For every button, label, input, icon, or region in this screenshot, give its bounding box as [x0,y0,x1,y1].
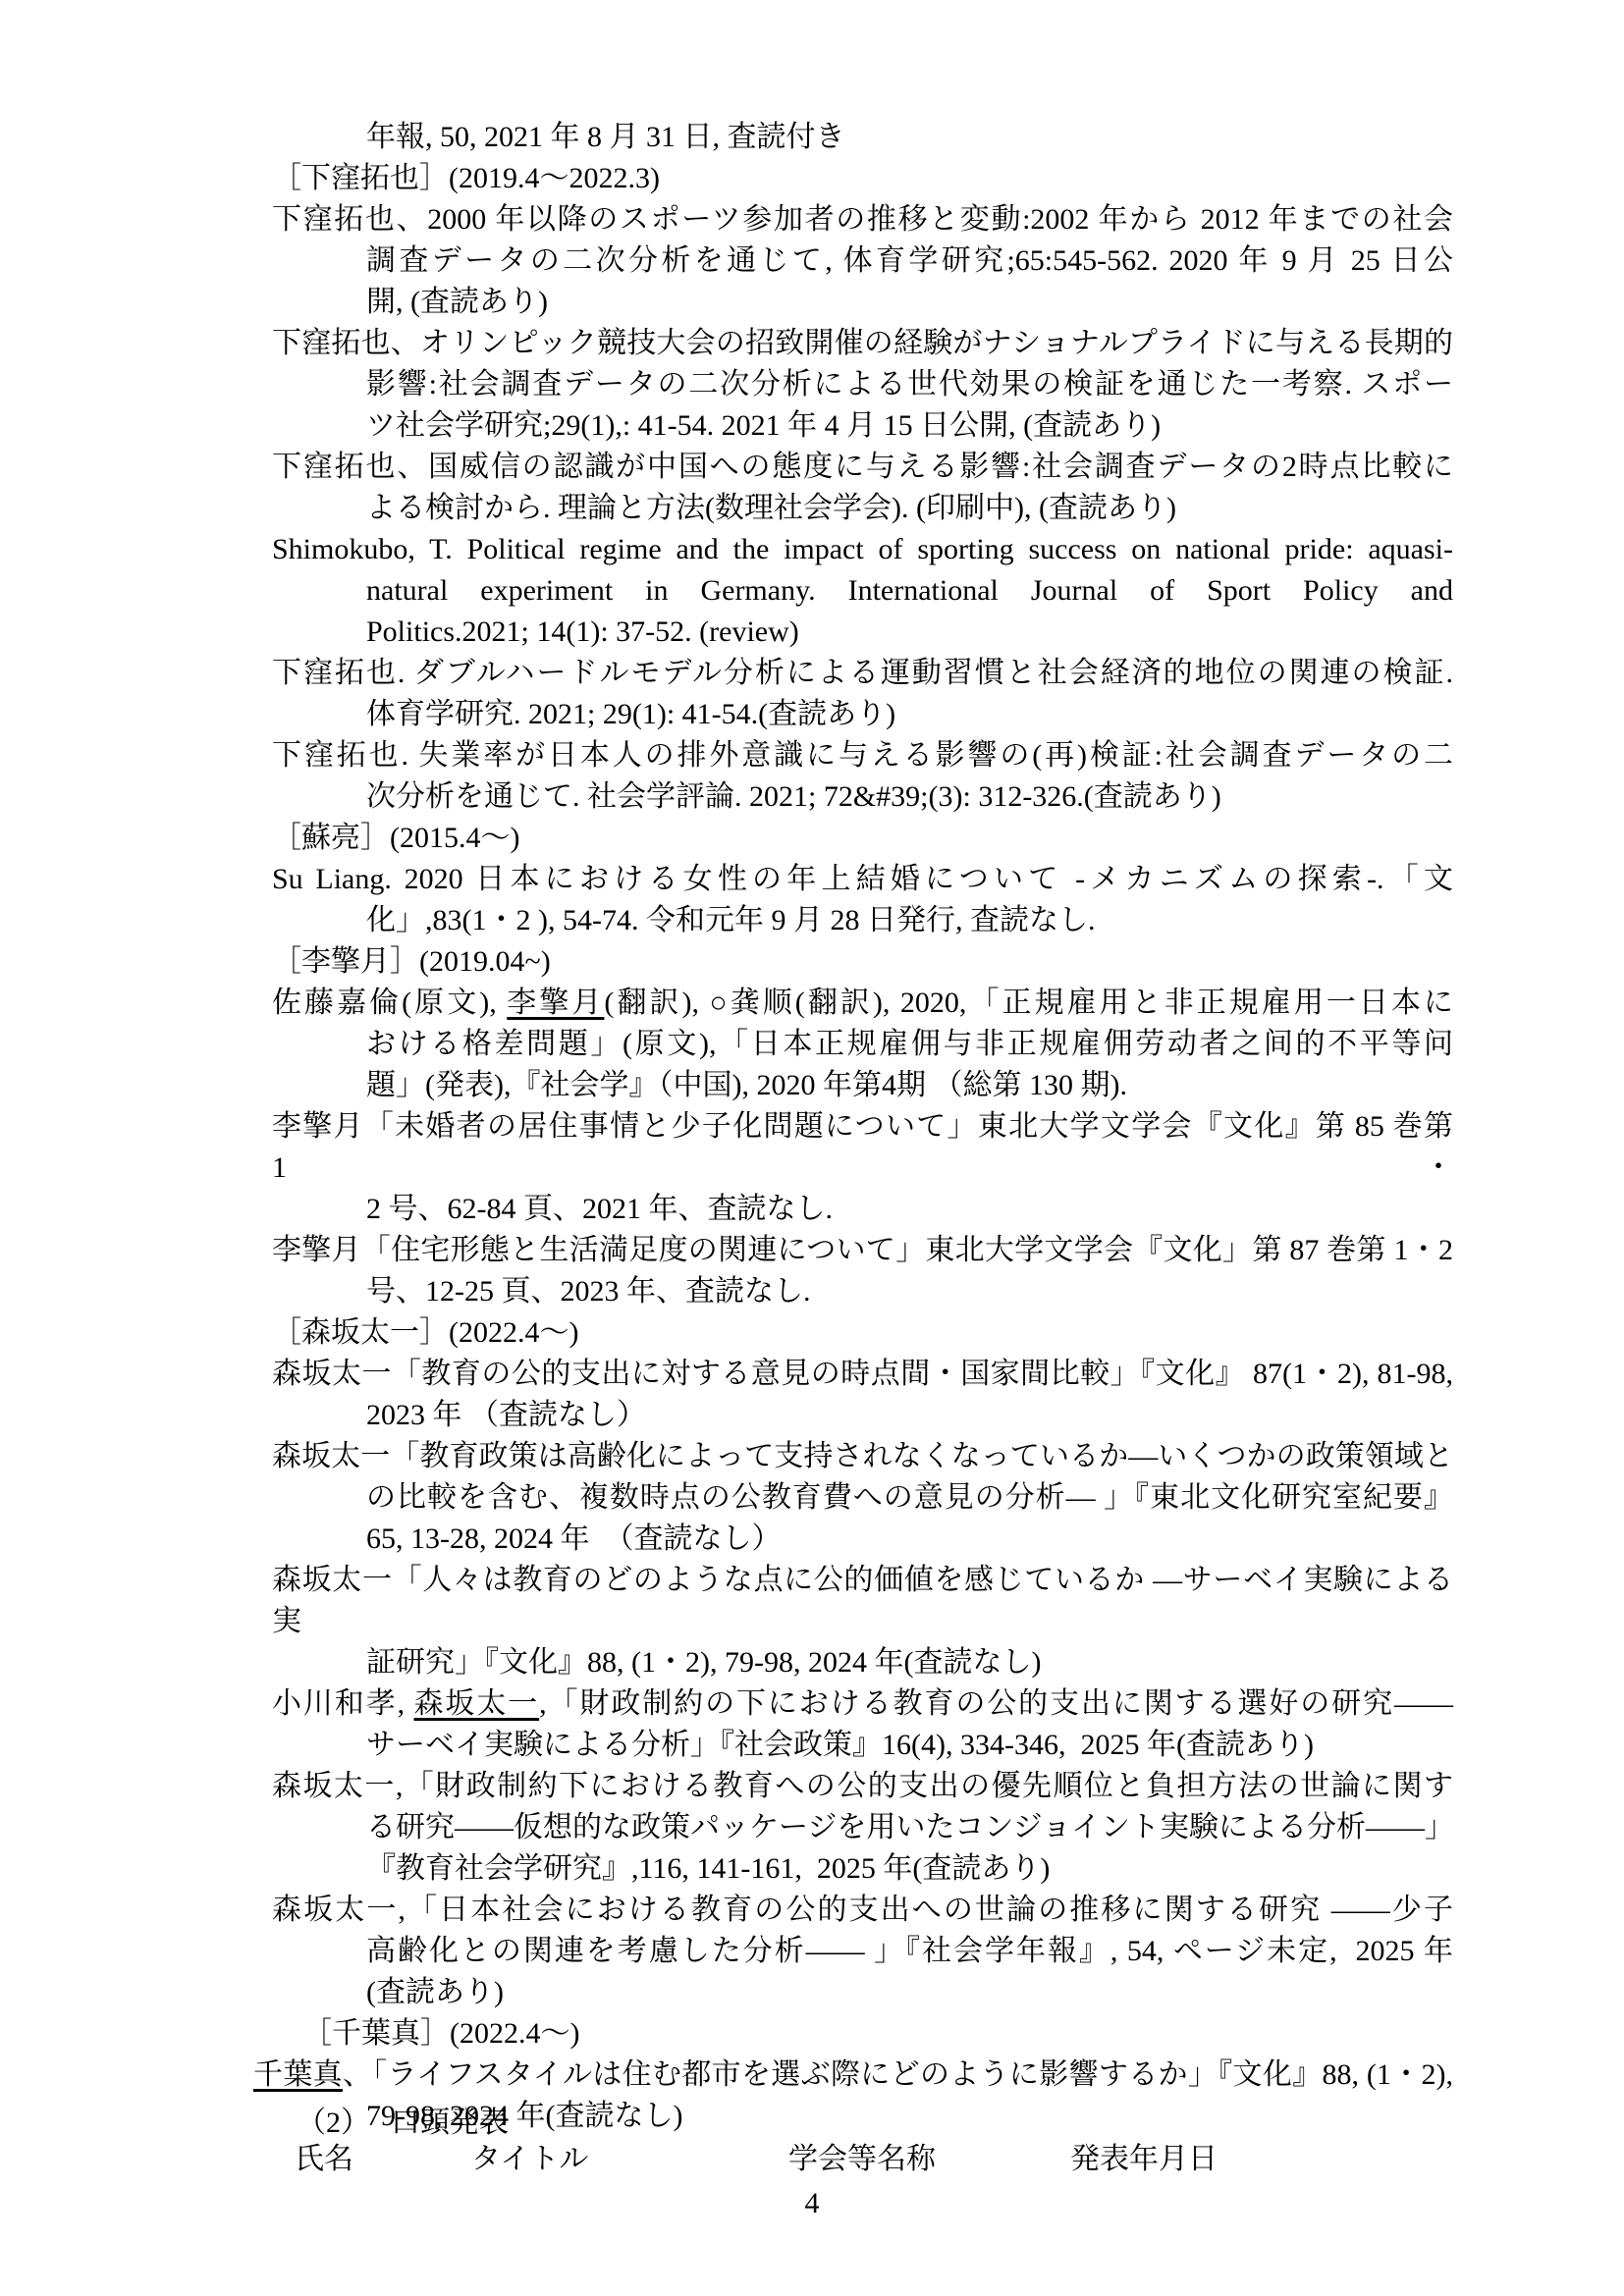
line-text: 森坂太一「教育の公的支出に対する意見の時点間・国家間比較」『文化』 87(1・2… [272,1358,1453,1390]
publication-line: 小川和孝, 森坂太一,「財政制約の下における教育の公的支出に関する選好の研究―― [272,1683,1453,1725]
publication-line: の比較を含む、複数時点の公教育費への意見の分析― 」『東北文化研究室紀要』 [366,1477,1453,1519]
line-text: よる検討から. 理論と方法(数理社会学会). (印刷中), (査読あり) [366,492,1176,524]
line-text: ［森坂太一］(2022.4～) [272,1316,578,1349]
publication-line: 体育学研究. 2021; 29(1): 41-54.(査読あり) [366,694,1453,735]
oral-column-header: 発表年月日 [1070,2139,1218,2180]
line-text: natural experiment in Germany. Internati… [366,574,1453,607]
line-text: 影響:社会調査データの二次分析による世代効果の検証を通じた一考察. スポー [366,368,1453,400]
publication-line: ［李擎月］(2019.04~) [272,941,1453,983]
publication-line: 森坂太一「教育の公的支出に対する意見の時点間・国家間比較」『文化』 87(1・2… [272,1354,1453,1395]
line-text: の比較を含む、複数時点の公教育費への意見の分析― 」『東北文化研究室紀要』 [366,1481,1453,1514]
line-text: Su Liang. 2020 日本における女性の年上結婚について -メカニズムの… [272,863,1453,895]
publication-line: 下窪拓也、オリンピック競技大会の招致開催の経験がナショナルプライドに与える長期的 [272,323,1453,364]
line-text: 、「ライフスタイルは住む都市を選ぶ際にどのように影響するか」『文化』88, (1… [343,2058,1453,2091]
publication-line: 森坂太一,「財政制約下における教育への公的支出の優先順位と負担方法の世論に関す [272,1766,1453,1807]
line-text: 下窪拓也、国威信の認識が中国への態度に与える影響:社会調査データの2時点比較に [272,451,1453,483]
publication-line: 2023 年 （査読なし） [366,1395,1453,1436]
publication-line: (査読あり) [366,1972,1453,2013]
line-text: 高齢化との関連を考慮した分析―― 」『社会学年報』, 54, ページ未定, 20… [366,1935,1453,1967]
line-text: 佐藤嘉倫(原文), [272,987,507,1019]
publication-line: 佐藤嘉倫(原文), 李擎月(翻訳), ○龚顺(翻訳), 2020,「正規雇用と非… [272,983,1453,1024]
publication-line: 下窪拓也. 失業率が日本人の排外意識に与える影響の(再)検証:社会調査データの二 [272,735,1453,776]
line-text: 小川和孝, [272,1687,414,1720]
line-text: Shimokubo, T. Political regime and the i… [272,533,1453,565]
publication-line: natural experiment in Germany. Internati… [366,570,1453,612]
publication-line: 次分析を通じて. 社会学評論. 2021; 72&#39;(3): 312-32… [366,776,1453,818]
line-text: 年報, 50, 2021 年 8 月 31 日, 査読付き [366,121,845,153]
publication-line: 調査データの二次分析を通じて, 体育学研究;65:545-562. 2020 年… [366,240,1453,282]
oral-column-header: タイトル [471,2139,588,2180]
publication-line: Shimokubo, T. Political regime and the i… [272,529,1453,570]
publication-line: おける格差問題」(原文),「日本正规雇佣与非正规雇佣劳动者之间的不平等问 [366,1024,1453,1065]
line-text: 2 号、62-84 頁、2021 年、査読なし. [366,1193,833,1225]
line-text: 証研究」『文化』88, (1・2), 79-98, 2024 年(査読なし) [366,1646,1041,1679]
line-text: 次分析を通じて. 社会学評論. 2021; 72&#39;(3): 312-32… [366,780,1221,813]
line-text: 65, 13-28, 2024 年 （査読なし） [366,1522,782,1555]
line-text: Politics.2021; 14(1): 37-52. (review) [366,615,799,648]
oral-section-title: 口頭発表 [391,2103,509,2144]
publication-line: よる検討から. 理論と方法(数理社会学会). (印刷中), (査読あり) [366,488,1453,529]
page-number: 4 [0,2183,1624,2224]
publication-line: ［蘇亮］(2015.4～) [272,818,1453,859]
line-text: 森坂太一,「財政制約下における教育への公的支出の優先順位と負担方法の世論に関す [272,1770,1453,1802]
publication-line: 号、12-25 頁、2023 年、査読なし. [366,1271,1453,1312]
publication-line: 65, 13-28, 2024 年 （査読なし） [366,1519,1453,1560]
line-text: る研究――仮想的な政策パッケージを用いたコンジョイント実験による分析――」 [366,1811,1454,1843]
line-text: 化」,83(1・2 ), 54-74. 令和元年 9 月 28 日発行, 査読な… [366,904,1095,936]
publication-line: る研究――仮想的な政策パッケージを用いたコンジョイント実験による分析――」 [366,1807,1453,1848]
underlined-author-name: 千葉真 [253,2058,343,2091]
oral-column-header: 学会等名称 [788,2139,936,2180]
publication-line: 李擎月「住宅形態と生活満足度の関連について」東北大学文学会『文化」第 87 巻第… [272,1230,1453,1271]
line-text: 下窪拓也、オリンピック競技大会の招致開催の経験がナショナルプライドに与える長期的 [272,327,1453,359]
oral-column-header: 氏名 [295,2139,353,2180]
underlined-author-name: 森坂太一 [414,1687,540,1720]
line-text: 森坂太一「教育政策は高齢化によって支持されなくなっているか―いくつかの政策領域と [272,1440,1453,1472]
underlined-author-name: 李擎月 [507,987,604,1019]
line-text: サーベイ実験による分析」『社会政策』16(4), 334-346, 2025 年… [366,1729,1314,1761]
publication-line: 開, (査読あり) [366,282,1453,323]
line-text: 調査データの二次分析を通じて, 体育学研究;65:545-562. 2020 年… [366,244,1453,277]
line-text: ［千葉真］(2022.4～) [302,2017,579,2050]
publication-line: 年報, 50, 2021 年 8 月 31 日, 査読付き [366,117,1453,158]
line-text: 号、12-25 頁、2023 年、査読なし. [366,1275,811,1308]
line-text: 森坂太一,「日本社会における教育の公的支出への世論の推移に関する研究 ――少子 [272,1894,1453,1926]
line-text: ツ社会学研究;29(1),: 41-54. 2021 年 4 月 15 日公開,… [366,409,1161,442]
line-text: 2023 年 （査読なし） [366,1399,646,1431]
line-text: 李擎月「住宅形態と生活満足度の関連について」東北大学文学会『文化」第 87 巻第… [272,1234,1453,1266]
publication-line: ［森坂太一］(2022.4～) [272,1312,1453,1354]
publication-line: 森坂太一「人々は教育のどのような点に公的価値を感じているか ―サーベイ実験による… [272,1560,1453,1642]
line-text: ［李擎月］(2019.04~) [272,945,551,978]
publication-line: 『教育社会学研究』,116, 141-161, 2025 年(査読あり) [366,1848,1453,1890]
publication-line: 2 号、62-84 頁、2021 年、査読なし. [366,1189,1453,1230]
line-text: (査読あり) [366,1976,504,2008]
line-text: 体育学研究. 2021; 29(1): 41-54.(査読あり) [366,698,895,730]
publication-line: 下窪拓也、国威信の認識が中国への態度に与える影響:社会調査データの2時点比較に [272,447,1453,488]
line-text: 下窪拓也、2000 年以降のスポーツ参加者の推移と変動:2002 年から 201… [272,203,1453,236]
publication-line: ［下窪拓也］(2019.4～2022.3) [272,158,1453,199]
publication-line: ツ社会学研究;29(1),: 41-54. 2021 年 4 月 15 日公開,… [366,405,1453,447]
line-text: ［下窪拓也］(2019.4～2022.3) [272,162,660,194]
publication-line: 影響:社会調査データの二次分析による世代効果の検証を通じた一考察. スポー [366,364,1453,405]
publication-line: 証研究」『文化』88, (1・2), 79-98, 2024 年(査読なし) [366,1642,1453,1683]
line-text: (翻訳), ○龚顺(翻訳), 2020,「正規雇用と非正規雇用一日本に [604,987,1453,1019]
oral-section-number: （2） [297,2103,370,2144]
line-text: おける格差問題」(原文),「日本正规雇佣与非正规雇佣劳动者之间的不平等问 [366,1028,1453,1060]
line-text: 『教育社会学研究』,116, 141-161, 2025 年(査読あり) [366,1852,1050,1885]
publication-line: 題」(発表),『社会学』（中国), 2020 年第4期 （総第 130 期). [366,1065,1453,1106]
publication-line: Su Liang. 2020 日本における女性の年上結婚について -メカニズムの… [272,859,1453,900]
publication-line: Politics.2021; 14(1): 37-52. (review) [366,612,1453,653]
publication-line: 79-98, 2024 年(査読なし) [366,2096,1453,2137]
line-text: 李擎月「未婚者の居住事情と少子化問題について」東北大学文学会『文化』第 85 巻… [272,1110,1461,1184]
publication-list: 年報, 50, 2021 年 8 月 31 日, 査読付き［下窪拓也］(2019… [253,117,1453,2137]
publication-line: 李擎月「未婚者の居住事情と少子化問題について」東北大学文学会『文化』第 85 巻… [272,1106,1453,1189]
line-text: 開, (査読あり) [366,286,548,318]
publication-line: 高齢化との関連を考慮した分析―― 」『社会学年報』, 54, ページ未定, 20… [366,1931,1453,1972]
publication-line: 森坂太一,「日本社会における教育の公的支出への世論の推移に関する研究 ――少子 [272,1890,1453,1931]
publication-line: 千葉真、「ライフスタイルは住む都市を選ぶ際にどのように影響するか」『文化』88,… [253,2055,1453,2096]
line-text: ,「財政制約の下における教育の公的支出に関する選好の研究―― [539,1687,1453,1720]
line-text: ［蘇亮］(2015.4～) [272,822,519,854]
publication-line: 森坂太一「教育政策は高齢化によって支持されなくなっているか―いくつかの政策領域と [272,1436,1453,1477]
line-text: 下窪拓也. ダブルハードルモデル分析による運動習慣と社会経済的地位の関連の検証. [272,657,1453,689]
line-text: 題」(発表),『社会学』（中国), 2020 年第4期 （総第 130 期). [366,1069,1127,1101]
publication-line: 化」,83(1・2 ), 54-74. 令和元年 9 月 28 日発行, 査読な… [366,900,1453,941]
publication-line: サーベイ実験による分析」『社会政策』16(4), 334-346, 2025 年… [366,1725,1453,1766]
line-text: 下窪拓也. 失業率が日本人の排外意識に与える影響の(再)検証:社会調査データの二 [272,739,1453,772]
publication-line: 下窪拓也、2000 年以降のスポーツ参加者の推移と変動:2002 年から 201… [272,199,1453,240]
publication-line: ［千葉真］(2022.4～) [302,2013,1453,2055]
publication-line: 下窪拓也. ダブルハードルモデル分析による運動習慣と社会経済的地位の関連の検証. [272,653,1453,694]
line-text: 森坂太一「人々は教育のどのような点に公的価値を感じているか ―サーベイ実験による… [272,1564,1453,1637]
